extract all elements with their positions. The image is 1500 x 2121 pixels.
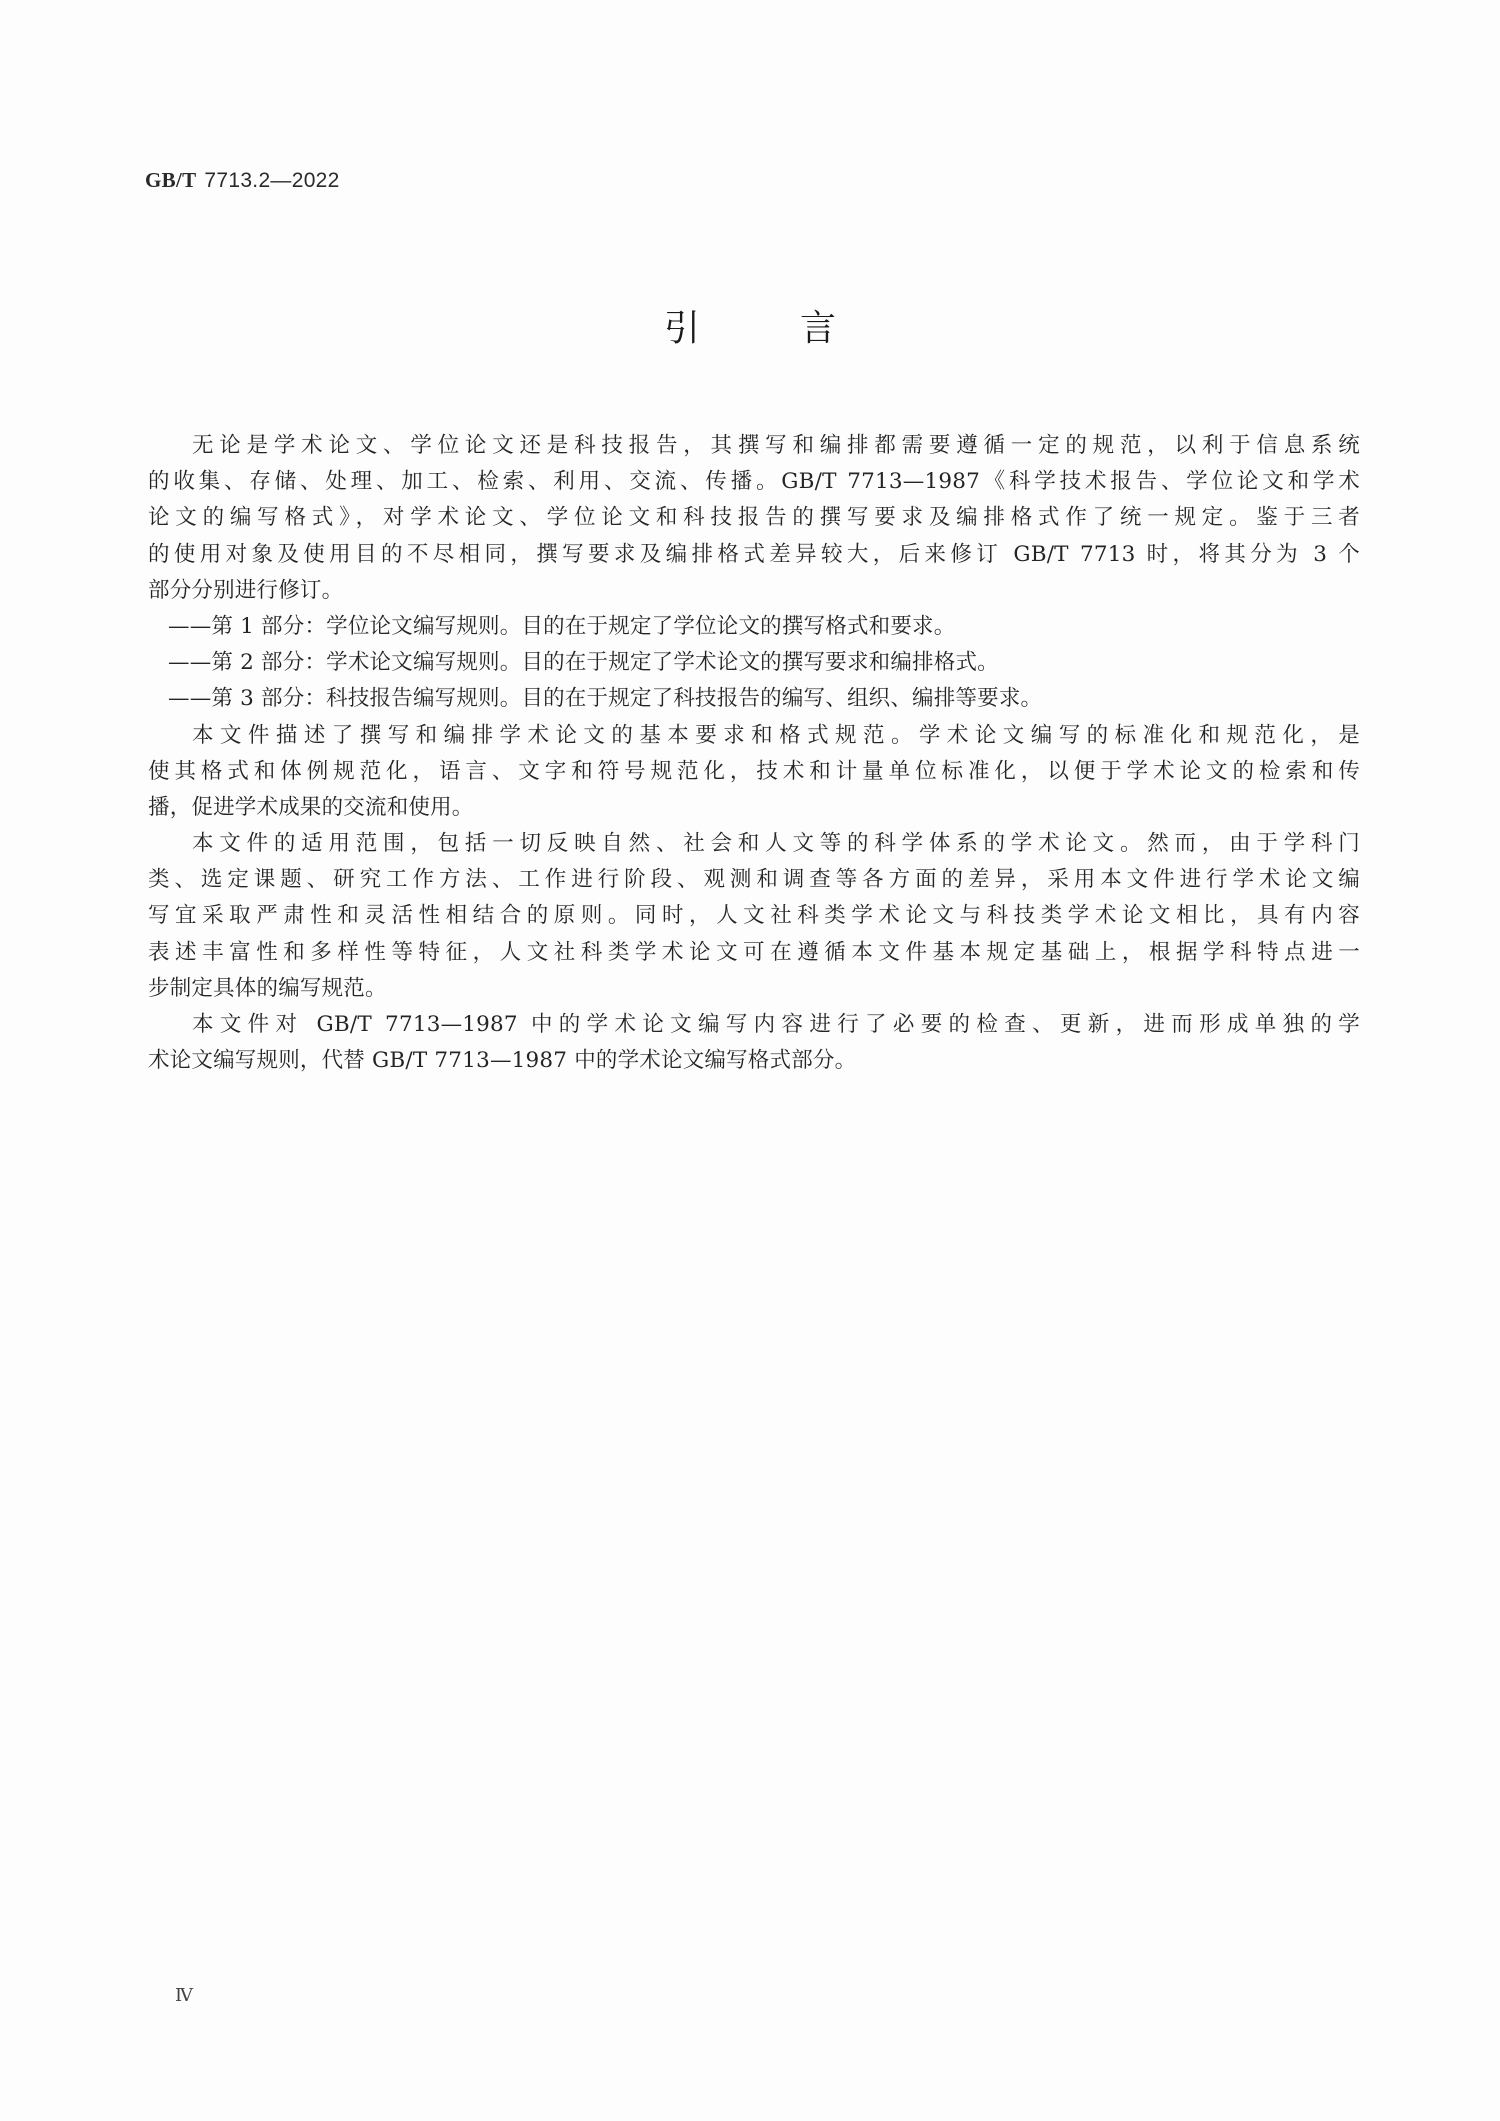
list-item-part-1: ——第 1 部分：学位论文编写规则。目的在于规定了学位论文的撰写格式和要求。 xyxy=(148,609,1360,645)
text-line: 表述丰富性和多样性等特征，人文社科类学术论文可在遵循本文件基本规定基础上，根据学… xyxy=(148,935,1360,971)
title-char-2: 言 xyxy=(800,300,836,351)
text-line: 播，促进学术成果的交流和使用。 xyxy=(148,790,1360,826)
text-line: 使其格式和体例规范化，语言、文字和符号规范化，技术和计量单位标准化，以便于学术论… xyxy=(148,754,1360,790)
text-line: 写宜采取严肃性和灵活性相结合的原则。同时，人文社科类学术论文与科技类学术论文相比… xyxy=(148,898,1360,934)
list-item-part-2: ——第 2 部分：学术论文编写规则。目的在于规定了学术论文的撰写要求和编排格式。 xyxy=(148,645,1360,681)
text-line: 本文件对 GB/T 7713—1987 中的学术论文编写内容进行了必要的检查、更… xyxy=(148,1007,1360,1043)
text-line: 部分分别进行修订。 xyxy=(148,573,1360,609)
standard-number: 7713.2—2022 xyxy=(204,169,339,192)
text-line: 论文的编写格式》，对学术论文、学位论文和科技报告的撰写要求及编排格式作了统一规定… xyxy=(148,500,1360,536)
text-line: 类、选定课题、研究工作方法、工作进行阶段、观测和调查等各方面的差异，采用本文件进… xyxy=(148,862,1360,898)
standard-code-header: GB/T7713.2—2022 xyxy=(145,168,340,193)
paragraph-4: 本文件对 GB/T 7713—1987 中的学术论文编写内容进行了必要的检查、更… xyxy=(148,1007,1360,1079)
page-number: Ⅳ xyxy=(175,1985,192,2006)
text-line: 的收集、存储、处理、加工、检索、利用、交流、传播。GB/T 7713—1987《… xyxy=(148,464,1360,500)
paragraph-1: 无论是学术论文、学位论文还是科技报告，其撰写和编排都需要遵循一定的规范，以利于信… xyxy=(148,428,1360,609)
text-line: 无论是学术论文、学位论文还是科技报告，其撰写和编排都需要遵循一定的规范，以利于信… xyxy=(148,428,1360,464)
text-line: 术论文编写规则，代替 GB/T 7713—1987 中的学术论文编写格式部分。 xyxy=(148,1043,1360,1079)
document-page: GB/T7713.2—2022 引言 无论是学术论文、学位论文还是科技报告，其撰… xyxy=(0,0,1500,2121)
text-line: 本文件的适用范围，包括一切反映自然、社会和人文等的科学体系的学术论文。然而，由于… xyxy=(148,826,1360,862)
paragraph-3: 本文件的适用范围，包括一切反映自然、社会和人文等的科学体系的学术论文。然而，由于… xyxy=(148,826,1360,1007)
section-title: 引言 xyxy=(0,300,1500,351)
list-item-part-3: ——第 3 部分：科技报告编写规则。目的在于规定了科技报告的编写、组织、编排等要… xyxy=(148,681,1360,717)
text-line: 步制定具体的编写规范。 xyxy=(148,971,1360,1007)
title-char-1: 引 xyxy=(664,300,700,351)
text-line: 本文件描述了撰写和编排学术论文的基本要求和格式规范。学术论文编写的标准化和规范化… xyxy=(148,718,1360,754)
paragraph-2: 本文件描述了撰写和编排学术论文的基本要求和格式规范。学术论文编写的标准化和规范化… xyxy=(148,718,1360,827)
text-line: 的使用对象及使用目的不尽相同，撰写要求及编排格式差异较大，后来修订 GB/T 7… xyxy=(148,537,1360,573)
body-text: 无论是学术论文、学位论文还是科技报告，其撰写和编排都需要遵循一定的规范，以利于信… xyxy=(148,428,1360,1079)
parts-list: ——第 1 部分：学位论文编写规则。目的在于规定了学位论文的撰写格式和要求。 —… xyxy=(148,609,1360,718)
standard-prefix: GB/T xyxy=(145,168,196,192)
